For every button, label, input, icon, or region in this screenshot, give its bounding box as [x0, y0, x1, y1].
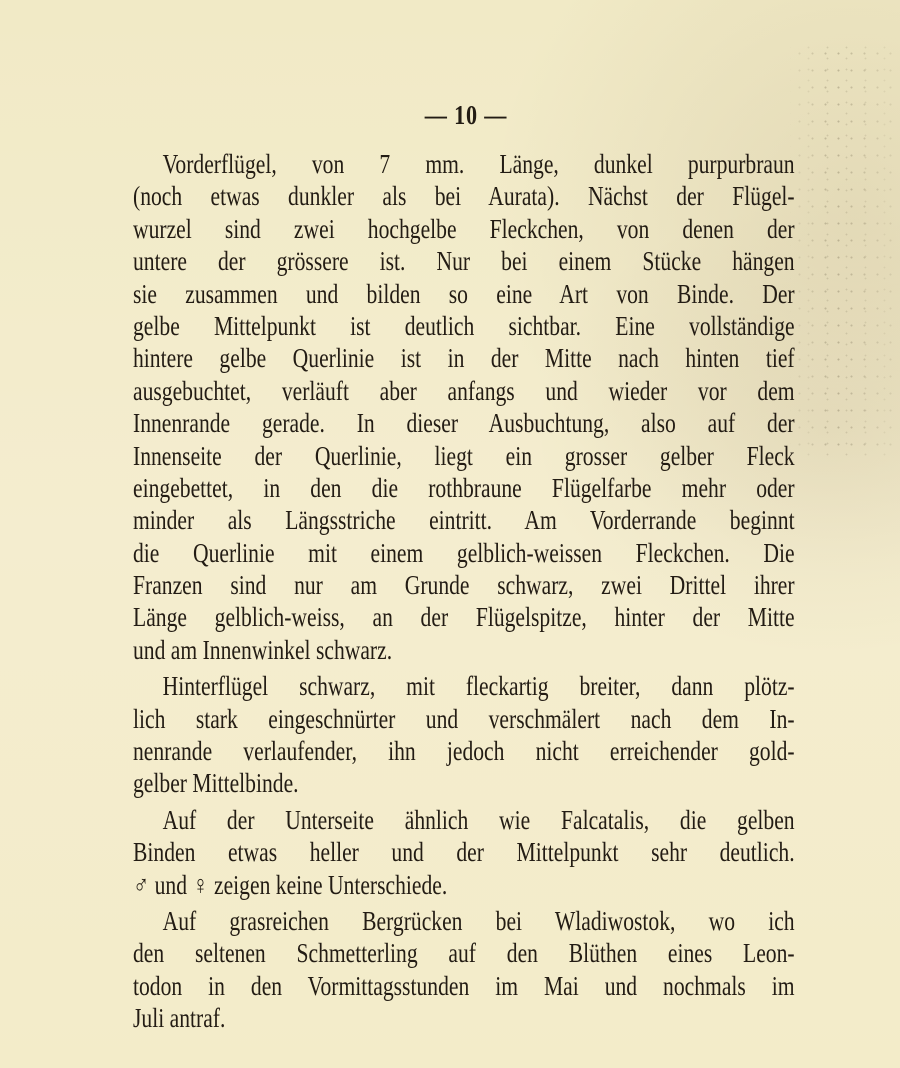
text-line: eingebettet, in den die rothbraune Flüge… — [133, 472, 795, 504]
text-line: die Querlinie mit einem gelblich-weissen… — [133, 537, 795, 569]
text-line: Juli antraf. — [133, 1002, 795, 1034]
text-line: und am Innenwinkel schwarz. — [133, 634, 795, 666]
text-line: Innenseite der Querlinie, liegt ein gros… — [133, 440, 795, 472]
text-line: Binden etwas heller und der Mittelpunkt … — [133, 836, 795, 868]
text-line: ♂ und ♀ zeigen keine Unterschiede. — [133, 869, 795, 901]
text-line: wurzel sind zwei hochgelbe Fleckchen, vo… — [133, 213, 795, 245]
text-line: (noch etwas dunkler als bei Aurata). Näc… — [133, 180, 795, 212]
text-line: Auf der Unterseite ähnlich wie Falcatali… — [133, 804, 795, 836]
text-line: todon in den Vormittagsstunden im Mai un… — [133, 970, 795, 1002]
text-line: Auf grasreichen Bergrücken bei Wladiwost… — [133, 905, 795, 937]
text-line: hintere gelbe Querlinie ist in der Mitte… — [133, 342, 795, 374]
paragraph-locality: Auf grasreichen Bergrücken bei Wladiwost… — [133, 905, 795, 1035]
page-number: — 10 — — [84, 100, 848, 131]
text-line: minder als Längsstriche eintritt. Am Vor… — [133, 504, 795, 536]
paragraph-hindwing: Hinterflügel schwarz, mit fleckartig bre… — [133, 670, 795, 800]
text-line: Franzen sind nur am Grunde schwarz, zwei… — [133, 569, 795, 601]
paragraph-forewing: Vorderflügel, von 7 mm. Länge, dunkel pu… — [133, 148, 795, 666]
text-line: lich stark eingeschnürter und verschmäle… — [133, 703, 795, 735]
text-line: Innenrande gerade. In dieser Ausbuchtung… — [133, 407, 795, 439]
text-line: Länge gelblich-weiss, an der Flügelspitz… — [133, 601, 795, 633]
text-line: gelbe Mittelpunkt ist deutlich sichtbar.… — [133, 310, 795, 342]
text-line: untere der grössere ist. Nur bei einem S… — [133, 245, 795, 277]
text-line: nenrande verlaufender, ihn jedoch nicht … — [133, 735, 795, 767]
text-line: Vorderflügel, von 7 mm. Länge, dunkel pu… — [133, 148, 795, 180]
body-text: Vorderflügel, von 7 mm. Länge, dunkel pu… — [133, 148, 795, 1035]
paragraph-underside: Auf der Unterseite ähnlich wie Falcatali… — [133, 804, 795, 901]
text-line: sie zusammen und bilden so eine Art von … — [133, 278, 795, 310]
text-line: gelber Mittelbinde. — [133, 767, 795, 799]
text-line: ausgebuchtet, verläuft aber anfangs und … — [133, 375, 795, 407]
text-line: Hinterflügel schwarz, mit fleckartig bre… — [133, 670, 795, 702]
text-line: den seltenen Schmetterling auf den Blüth… — [133, 937, 795, 969]
